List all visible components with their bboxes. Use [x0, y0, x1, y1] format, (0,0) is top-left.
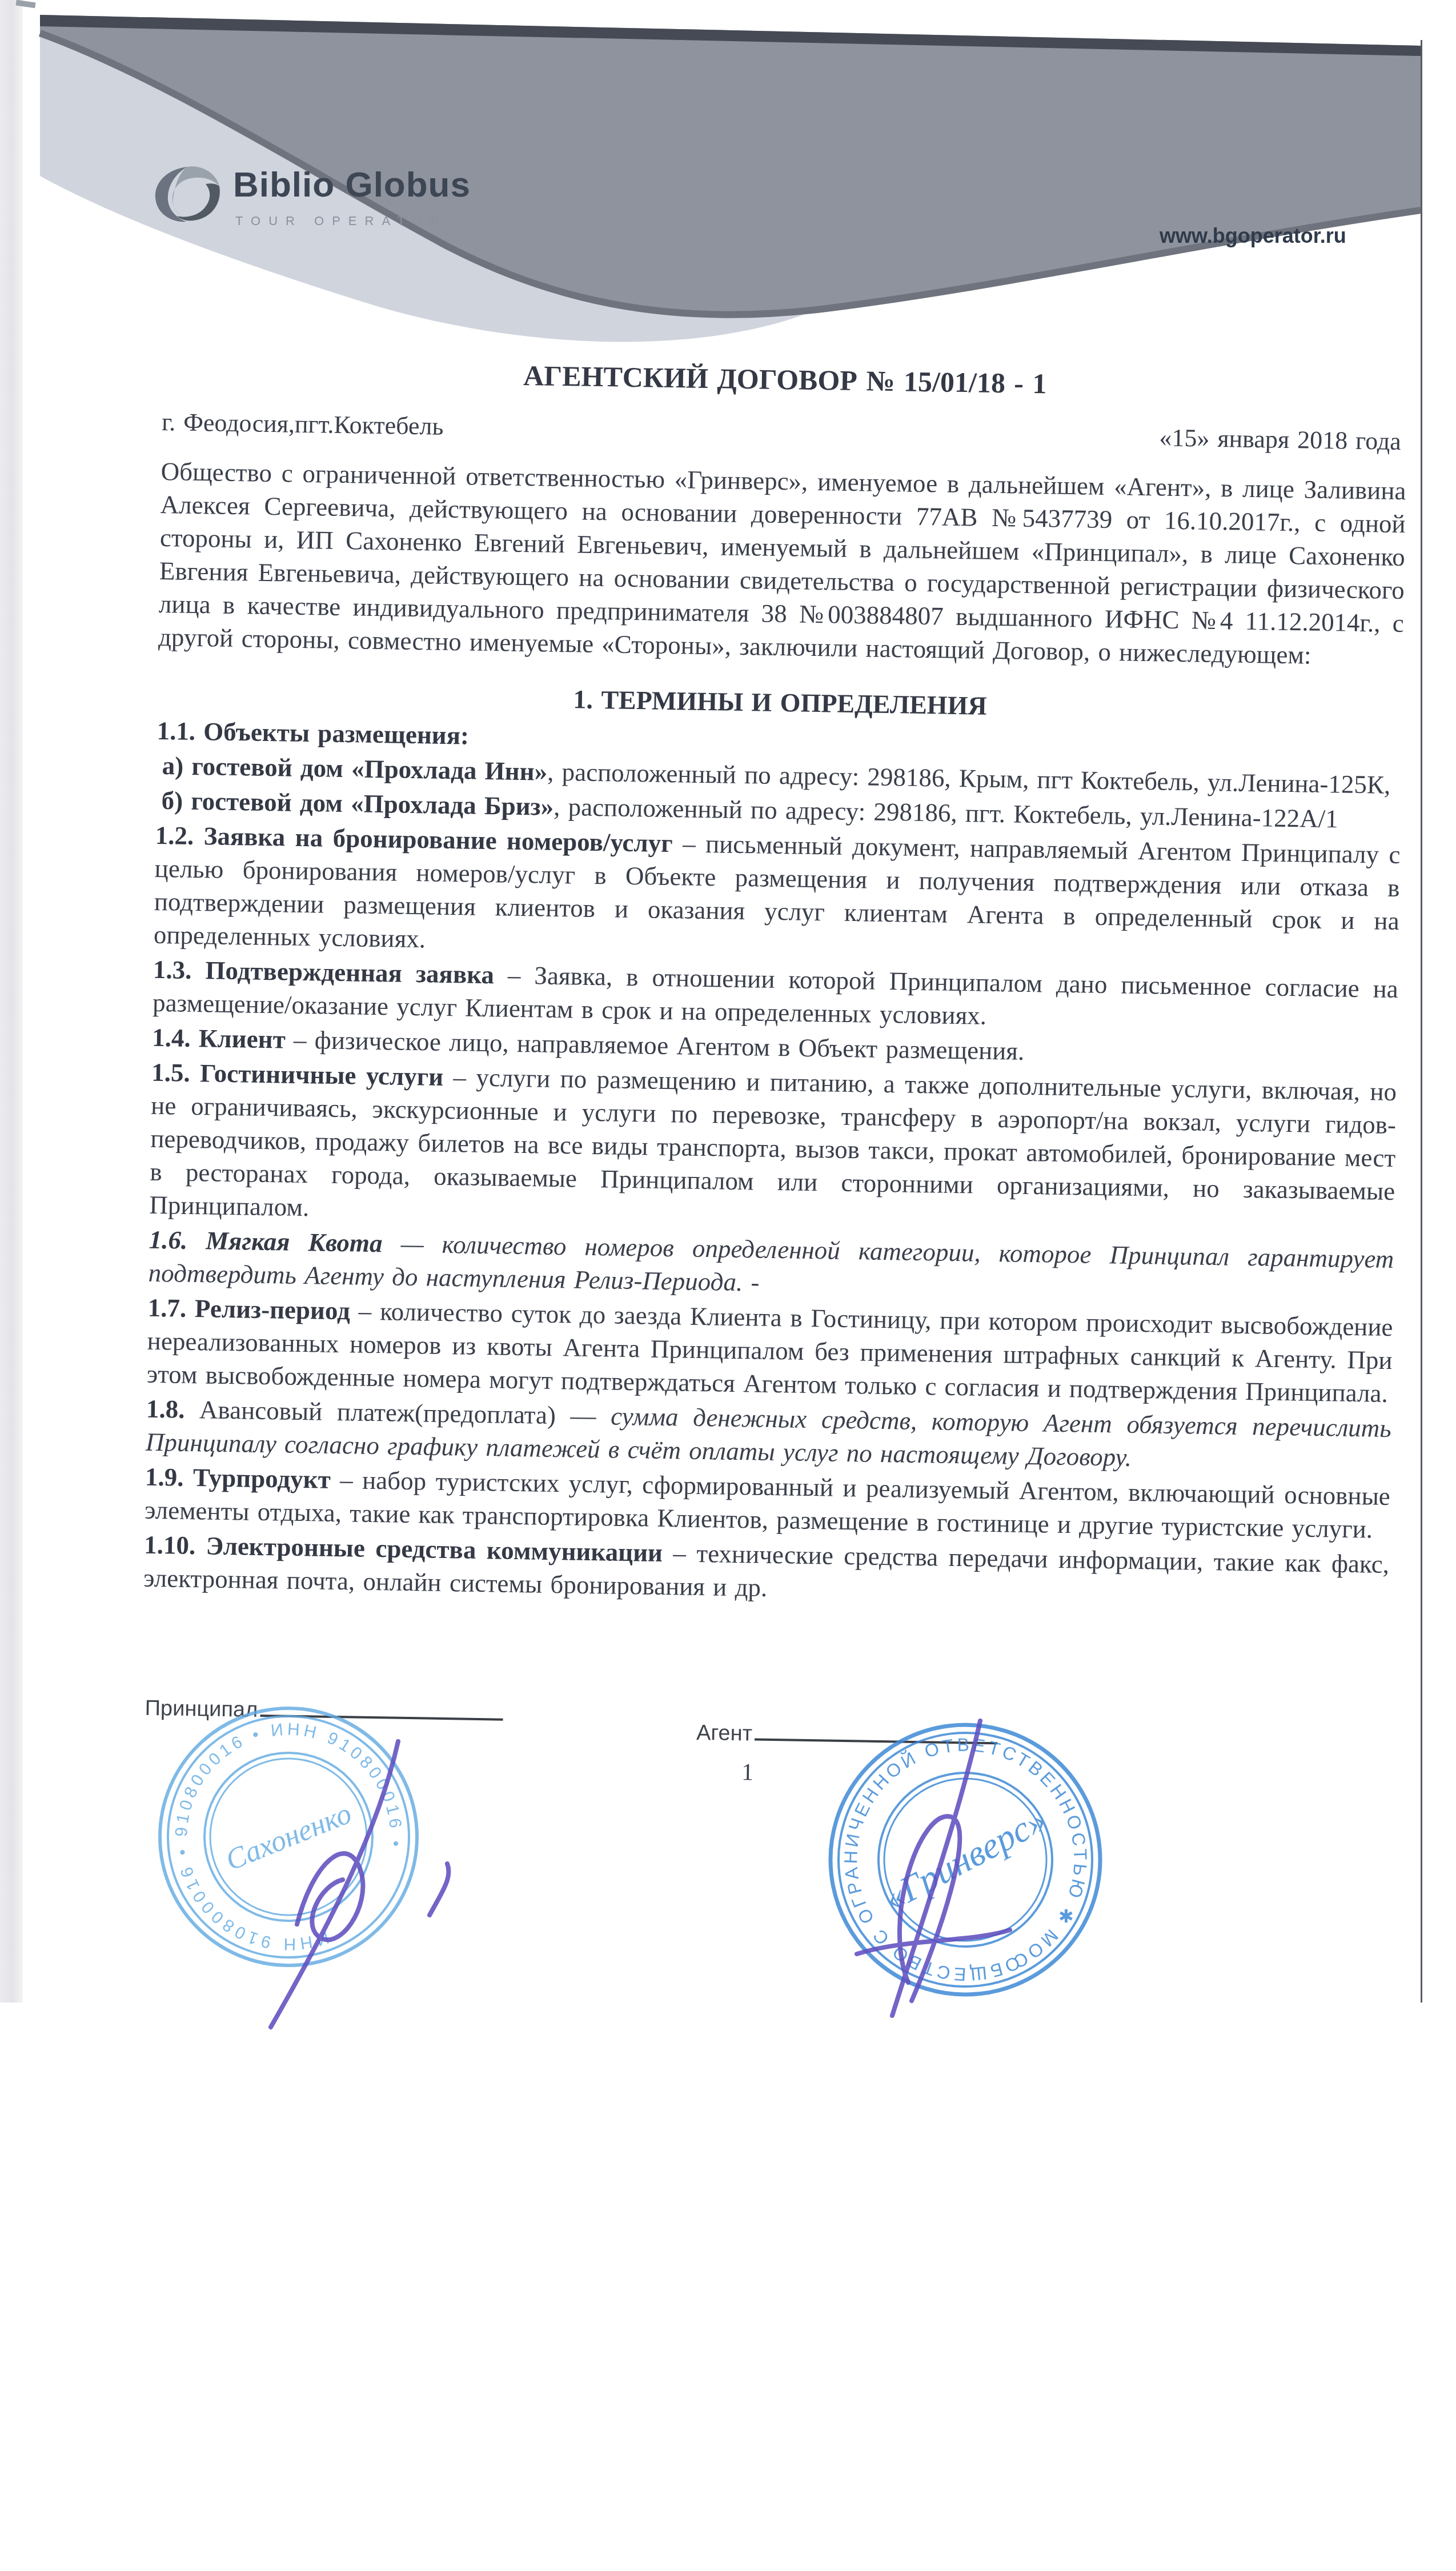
agent-signature-line	[755, 1718, 998, 1745]
logo-subtitle: TOUR OPERATOR	[235, 214, 447, 229]
term-paragraph: 1.2. Заявка на бронирование номеров/услу…	[154, 819, 1401, 971]
contract-body: АГЕНТСКИЙ ДОГОВОР № 15/01/18 - 1 г. Феод…	[141, 353, 1408, 1799]
intro-paragraph: Общество с ограниченной ответственностью…	[158, 455, 1406, 673]
contract-place: г. Феодосия,пгт.Коктебель	[162, 406, 444, 443]
globe-icon	[150, 163, 225, 225]
page-number: 1	[741, 1756, 1386, 1799]
terms-list: 1.1. Объекты размещения:а) гостевой дом …	[143, 714, 1402, 1614]
principal-handwritten-signature	[271, 1741, 448, 2027]
agent-stamp-center-text: «Гринверс»	[877, 1799, 1053, 1919]
agent-signature-block: Агент	[696, 1716, 998, 1754]
logo-title: Biblio Globus	[233, 165, 471, 205]
principal-stamp-center-text: Сахоненко	[221, 1797, 356, 1877]
contract-date: «15» января 2018 года	[1159, 421, 1401, 458]
term-paragraph: 1.7. Релиз-период – количество суток до …	[146, 1291, 1393, 1410]
scanned-contract-page: { "document": { "header": { "logo_title"…	[0, 0, 1456, 2571]
signature-row: Принципал Агент	[141, 1692, 1387, 1751]
biblio-globus-logo: Biblio Globus TOUR OPERATOR	[150, 159, 664, 245]
website-url: www.bgoperator.ru	[1160, 224, 1346, 248]
principal-signature-line	[260, 1694, 503, 1721]
term-paragraph: 1.5. Гостиничные услуги – услуги по разм…	[149, 1056, 1397, 1241]
agent-label: Агент	[696, 1721, 753, 1746]
principal-label: Принципал	[145, 1696, 258, 1722]
principal-signature-block: Принципал	[145, 1692, 503, 1731]
